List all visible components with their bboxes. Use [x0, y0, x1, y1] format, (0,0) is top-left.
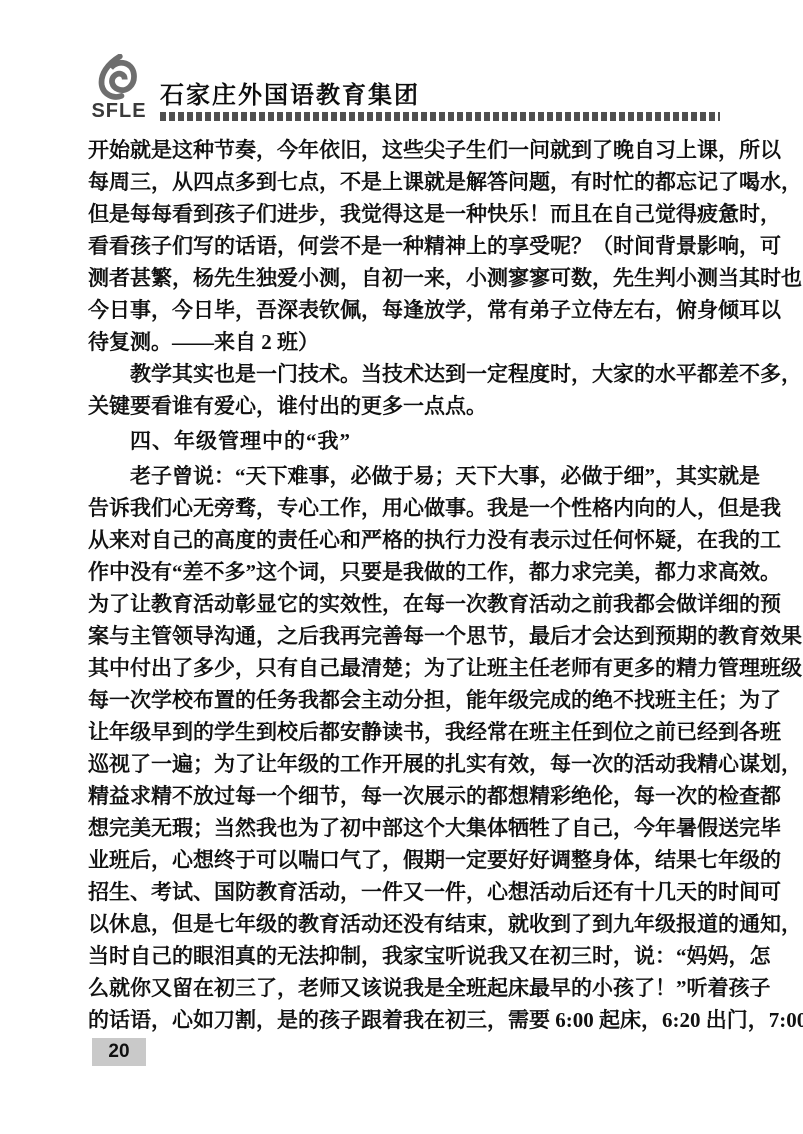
text-line: 的话语，心如刀割，是的孩子跟着我在初三，需要 6:00 起床，6:20 出门，7… — [88, 1004, 725, 1036]
section-heading: 四、年级管理中的“我” — [88, 425, 725, 457]
sfle-logo: SFLE — [88, 54, 150, 121]
sfle-swirl-icon — [94, 54, 144, 100]
text-line: 想完美无瑕；当然我也为了初中部这个大集体牺牲了自己，今年暑假送完毕 — [88, 812, 725, 844]
text-line: 其中付出了多少，只有自己最清楚；为了让班主任老师有更多的精力管理班级， — [88, 652, 725, 684]
text-line: 业班后，心想终于可以喘口气了，假期一定要好好调整身体，结果七年级的 — [88, 844, 725, 876]
text-line: 为了让教育活动彰显它的实效性，在每一次教育活动之前我都会做详细的预 — [88, 588, 725, 620]
org-name: 石家庄外国语教育集团 — [160, 84, 725, 108]
text-line: 看看孩子们写的话语，何尝不是一种精神上的享受呢？（时间背景影响，可 — [88, 230, 725, 262]
text-line: 开始就是这种节奏，今年依旧，这些尖子生们一问就到了晚自习上课，所以 — [88, 134, 725, 166]
text-line: 从来对自己的高度的责任心和严格的执行力没有表示过任何怀疑，在我的工 — [88, 524, 725, 556]
document-page: SFLE 石家庄外国语教育集团 开始就是这种节奏，今年依旧，这些尖子生们一问就到… — [0, 0, 803, 1134]
text-line: 案与主管领导沟通，之后我再完善每一个思节，最后才会达到预期的教育效果， — [88, 620, 725, 652]
text-line: 让年级早到的学生到校后都安静读书，我经常在班主任到位之前已经到各班 — [88, 716, 725, 748]
text-line: 精益求精不放过每一个细节，每一次展示的都想精彩绝伦，每一次的检查都 — [88, 780, 725, 812]
dotted-rule — [160, 112, 720, 121]
text-line: 招生、考试、国防教育活动，一件又一件，心想活动后还有十几天的时间可 — [88, 876, 725, 908]
text-line: 以休息，但是七年级的教育活动还没有结束，就收到了到九年级报道的通知， — [88, 908, 725, 940]
text-line: 但是每每看到孩子们进步，我觉得这是一种快乐！而且在自己觉得疲惫时， — [88, 198, 725, 230]
text-line: 教学其实也是一门技术。当技术达到一定程度时，大家的水平都差不多， — [88, 358, 725, 390]
text-line: 今日事，今日毕，吾深表钦佩，每逢放学，常有弟子立侍左右，俯身倾耳以 — [88, 294, 725, 326]
document-body: 开始就是这种节奏，今年依旧，这些尖子生们一问就到了晚自习上课，所以每周三，从四点… — [88, 134, 725, 1036]
text-line: 当时自己的眼泪真的无法抑制，我家宝听说我又在初三时，说：“妈妈，怎 — [88, 940, 725, 972]
text-line: 告诉我们心无旁骛，专心工作，用心做事。我是一个性格内向的人，但是我 — [88, 492, 725, 524]
text-line: 每一次学校布置的任务我都会主动分担，能年级完成的绝不找班主任；为了 — [88, 684, 725, 716]
page-header: SFLE 石家庄外国语教育集团 — [88, 54, 725, 121]
logo-text: SFLE — [91, 101, 146, 121]
text-line: 每周三，从四点多到七点，不是上课就是解答问题，有时忙的都忘记了喝水， — [88, 166, 725, 198]
text-line: 老子曾说：“天下难事，必做于易；天下大事，必做于细”，其实就是 — [88, 460, 725, 492]
text-line: 么就你又留在初三了，老师又该说我是全班起床最早的小孩了！”听着孩子 — [88, 972, 725, 1004]
text-line: 测者甚繁，杨先生独爱小测，自初一来，小测寥寥可数，先生判小测当其时也， — [88, 262, 725, 294]
text-line: 作中没有“差不多”这个词，只要是我做的工作，都力求完美，都力求高效。 — [88, 556, 725, 588]
text-line: 巡视了一遍；为了让年级的工作开展的扎实有效，每一次的活动我精心谋划， — [88, 748, 725, 780]
text-line: 待复测。——来自 2 班） — [88, 326, 725, 358]
page-number-badge: 20 — [92, 1038, 146, 1066]
text-line: 关键要看谁有爱心，谁付出的更多一点点。 — [88, 390, 725, 422]
header-right: 石家庄外国语教育集团 — [160, 84, 725, 121]
